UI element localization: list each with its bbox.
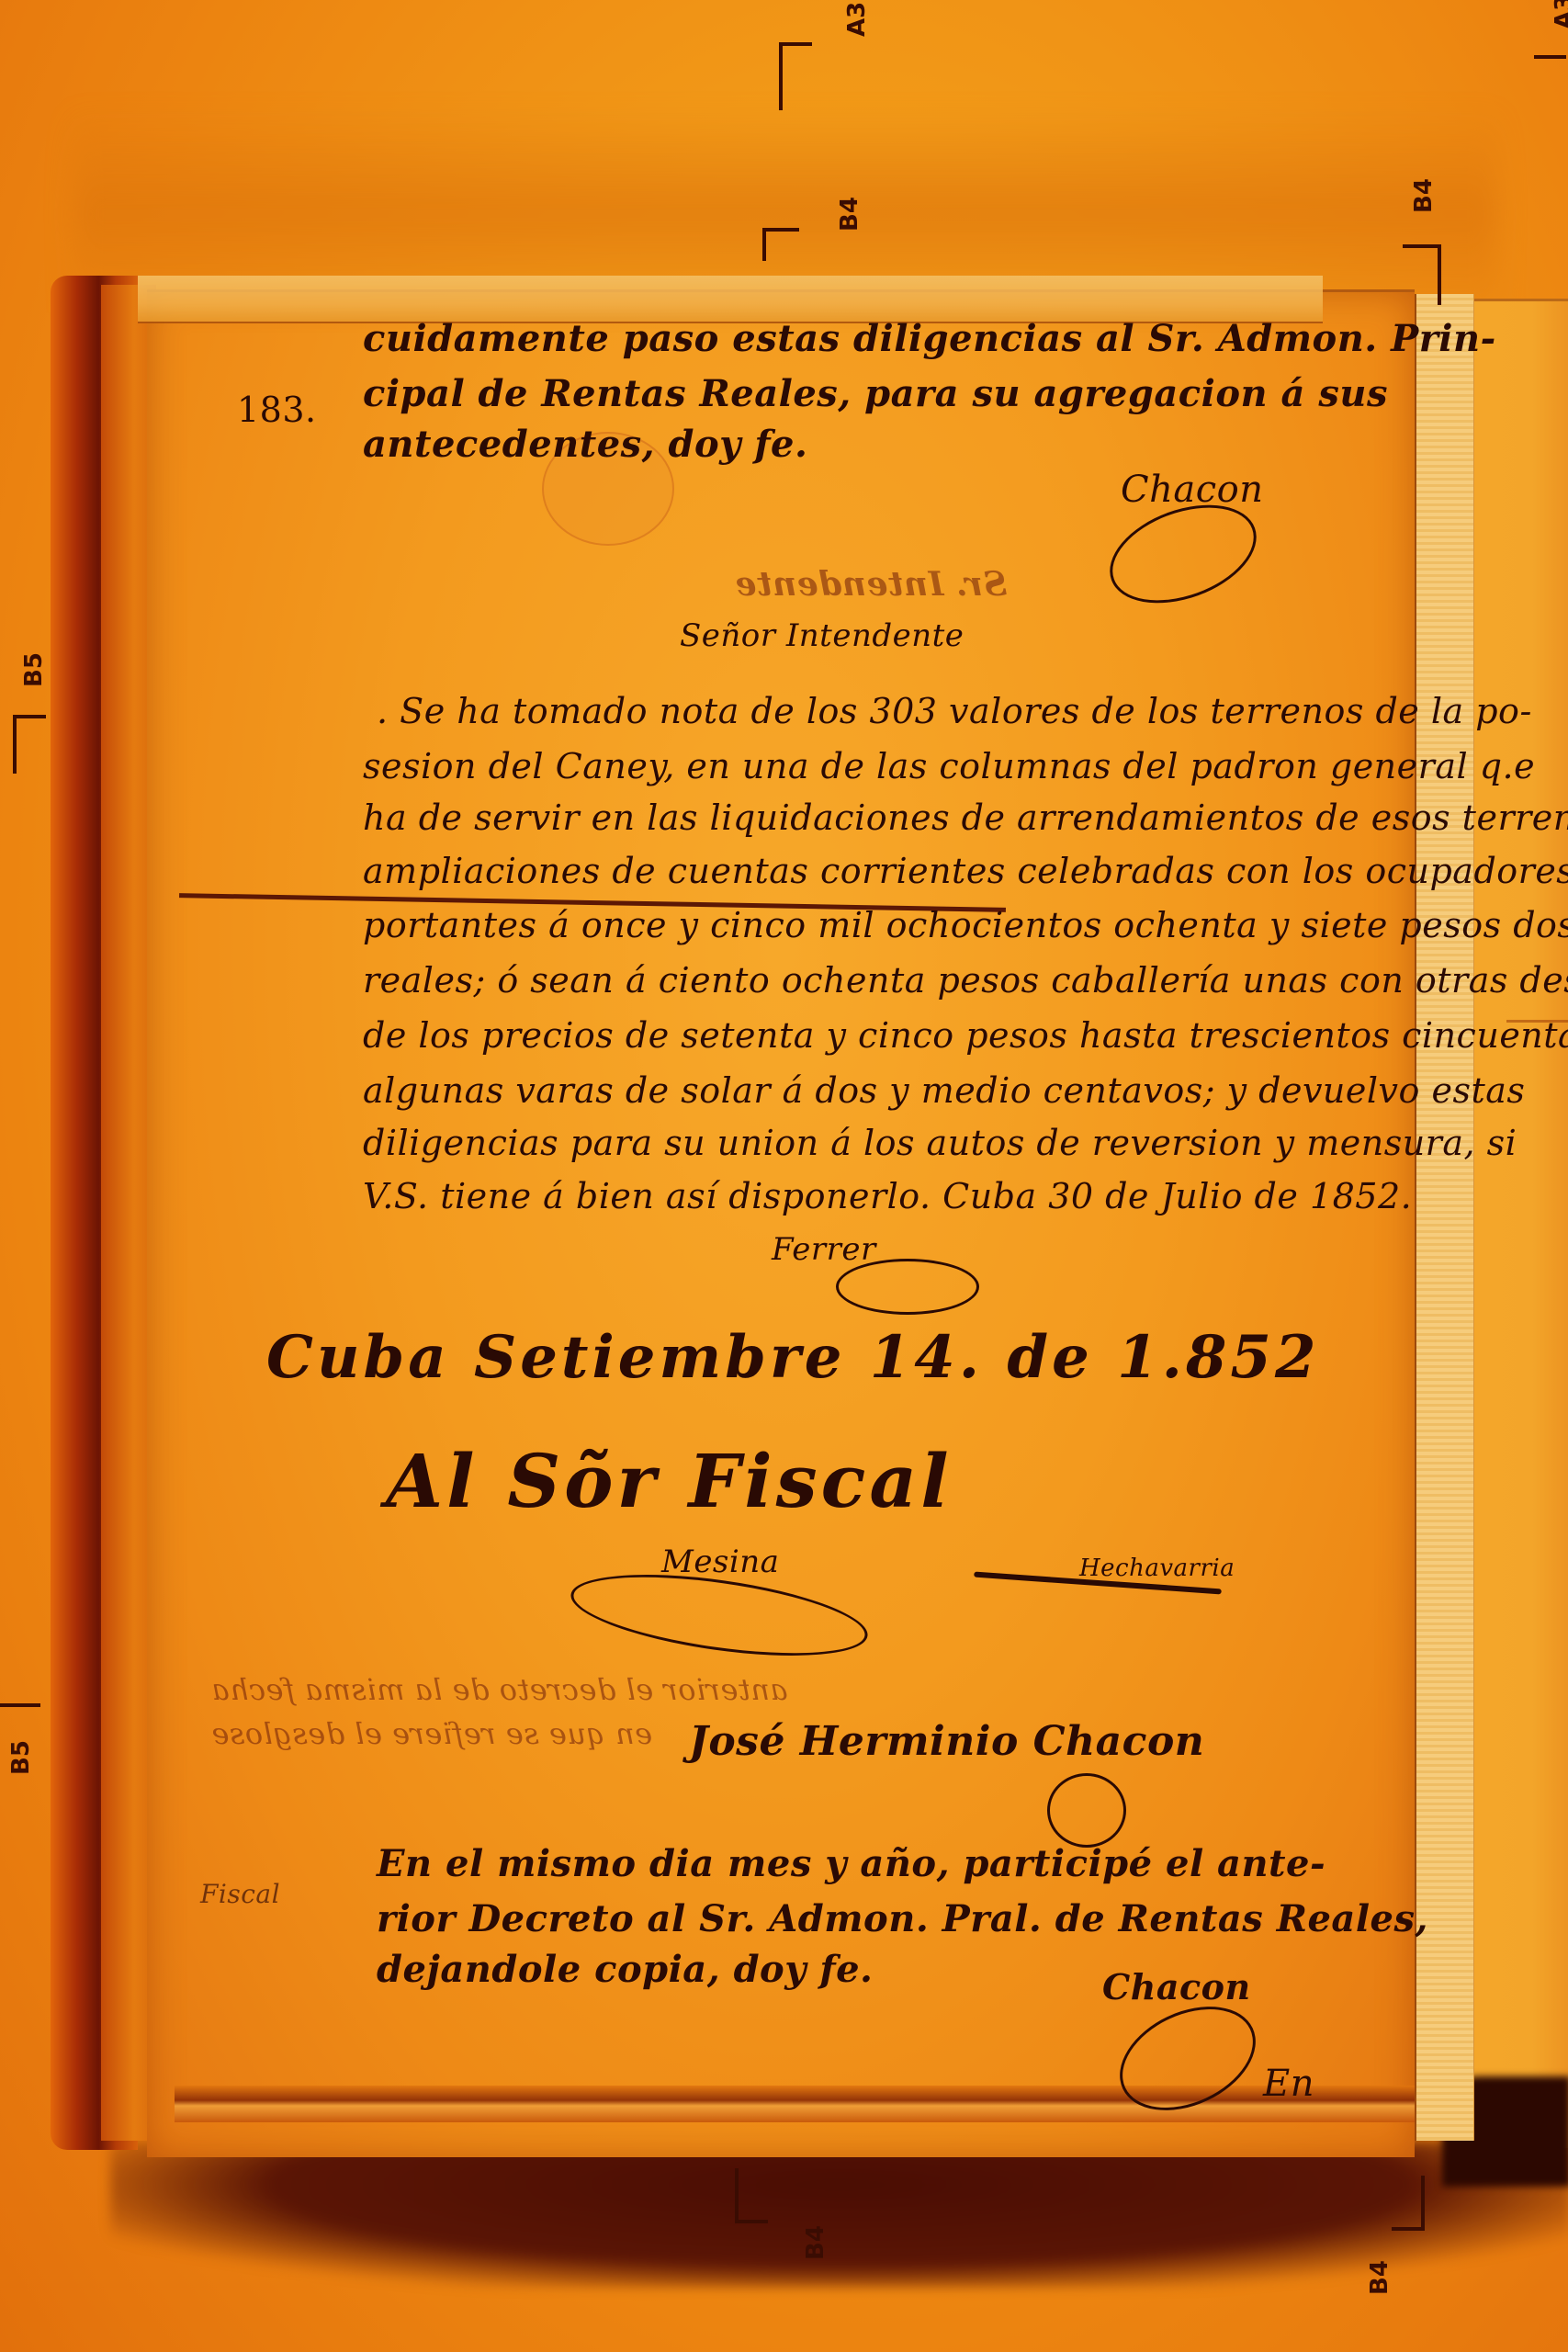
block4-line-2: rior Decreto al Sr. Admon. Pral. de Rent… <box>377 1897 1428 1940</box>
registration-label-top-left: A3 <box>843 2 871 37</box>
registration-corner-top-right <box>1534 55 1566 66</box>
folio-number: 183. <box>237 390 317 430</box>
registration-label-b4-bottom-left: B4 <box>802 2225 829 2260</box>
block2-line-5: portantes á once y cinco mil ochocientos… <box>363 905 1568 945</box>
registration-label-b4-left: B4 <box>836 197 863 232</box>
block2-line-9: diligencias para su union á los autos de… <box>363 1123 1517 1163</box>
salutation: Señor Intendente <box>680 617 964 654</box>
block2-line-4: ampliaciones de cuentas corrientes celeb… <box>363 851 1568 891</box>
registration-label-b5-upper: B5 <box>20 652 48 687</box>
block2-line-2: sesion del Caney, en una de las columnas… <box>363 746 1535 786</box>
block1-line-1: cuidamente paso estas diligencias al Sr.… <box>363 317 1496 360</box>
signature-jose-herminio-chacon: José Herminio Chacon <box>689 1718 1204 1765</box>
bleed-through-line-2: en que se refiere el desglose <box>211 1716 652 1751</box>
bleed-through-line-1: anterior el decreto de la misma fecha <box>211 1672 788 1707</box>
block2-line-7: de los precios de setenta y cinco pesos … <box>363 1015 1568 1056</box>
book-shadow <box>110 2141 1568 2288</box>
bleed-through-header: Sr. Intendente <box>735 565 1007 604</box>
block1-line-2: cipal de Rentas Reales, para su agregaci… <box>363 372 1388 415</box>
registration-label-b5-lower: B5 <box>7 1740 35 1775</box>
registration-corner-b4-bottom-right <box>1392 2176 1425 2231</box>
registration-corner-b4-bottom-left <box>735 2168 768 2223</box>
facing-page <box>1472 299 1568 2148</box>
registration-corner-b5-upper <box>13 715 46 774</box>
page-bottom-edge <box>175 2086 1424 2122</box>
block2-line-6: reales; ó sean á ciento ochenta pesos ca… <box>363 960 1568 1001</box>
block2-signature: Ferrer <box>772 1231 876 1268</box>
date-line: Cuba Setiembre 14. de 1.852 <box>266 1323 1319 1392</box>
block4-signature: Chacon <box>1102 1966 1251 2007</box>
block1-line-3: antecedentes, doy fe. <box>363 423 807 466</box>
block2-line-1: . Se ha tomado nota de los 303 valores d… <box>377 691 1532 731</box>
margin-note: Fiscal <box>200 1879 280 1909</box>
registration-label-b4-bottom-right: B4 <box>1366 2260 1393 2295</box>
registration-label-b4-right: B4 <box>1410 178 1438 213</box>
registration-corner-b4-left <box>762 228 799 261</box>
registration-corner-b4-right <box>1403 244 1441 305</box>
block2-line-3: ha de servir en las liquidaciones de arr… <box>363 797 1568 838</box>
block2-line-10: V.S. tiene á bien así disponerlo. Cuba 3… <box>363 1176 1412 1216</box>
block1-signature: Chacon <box>1121 469 1263 511</box>
block2-line-8: algunas varas de solar á dos y medio cen… <box>363 1070 1525 1111</box>
book-binding-gutter <box>1415 294 1474 2141</box>
signature-rubric <box>1047 1773 1126 1848</box>
signature-rubric <box>836 1259 979 1315</box>
signature-mesina: Mesina <box>661 1543 779 1580</box>
registration-corner-top-left <box>779 42 812 110</box>
block4-line-3: dejandole copia, doy fe. <box>377 1948 873 1991</box>
block4-line-1: En el mismo dia mes y año, participé el … <box>377 1842 1325 1885</box>
registration-label-top-right: A3 <box>1551 0 1568 29</box>
signature-hechavarria: Hechavarria <box>1079 1555 1235 1582</box>
catchword: En <box>1263 2063 1314 2105</box>
registration-corner-b5-lower <box>0 1645 40 1707</box>
addressee: Al Sõr Fiscal <box>386 1438 953 1524</box>
